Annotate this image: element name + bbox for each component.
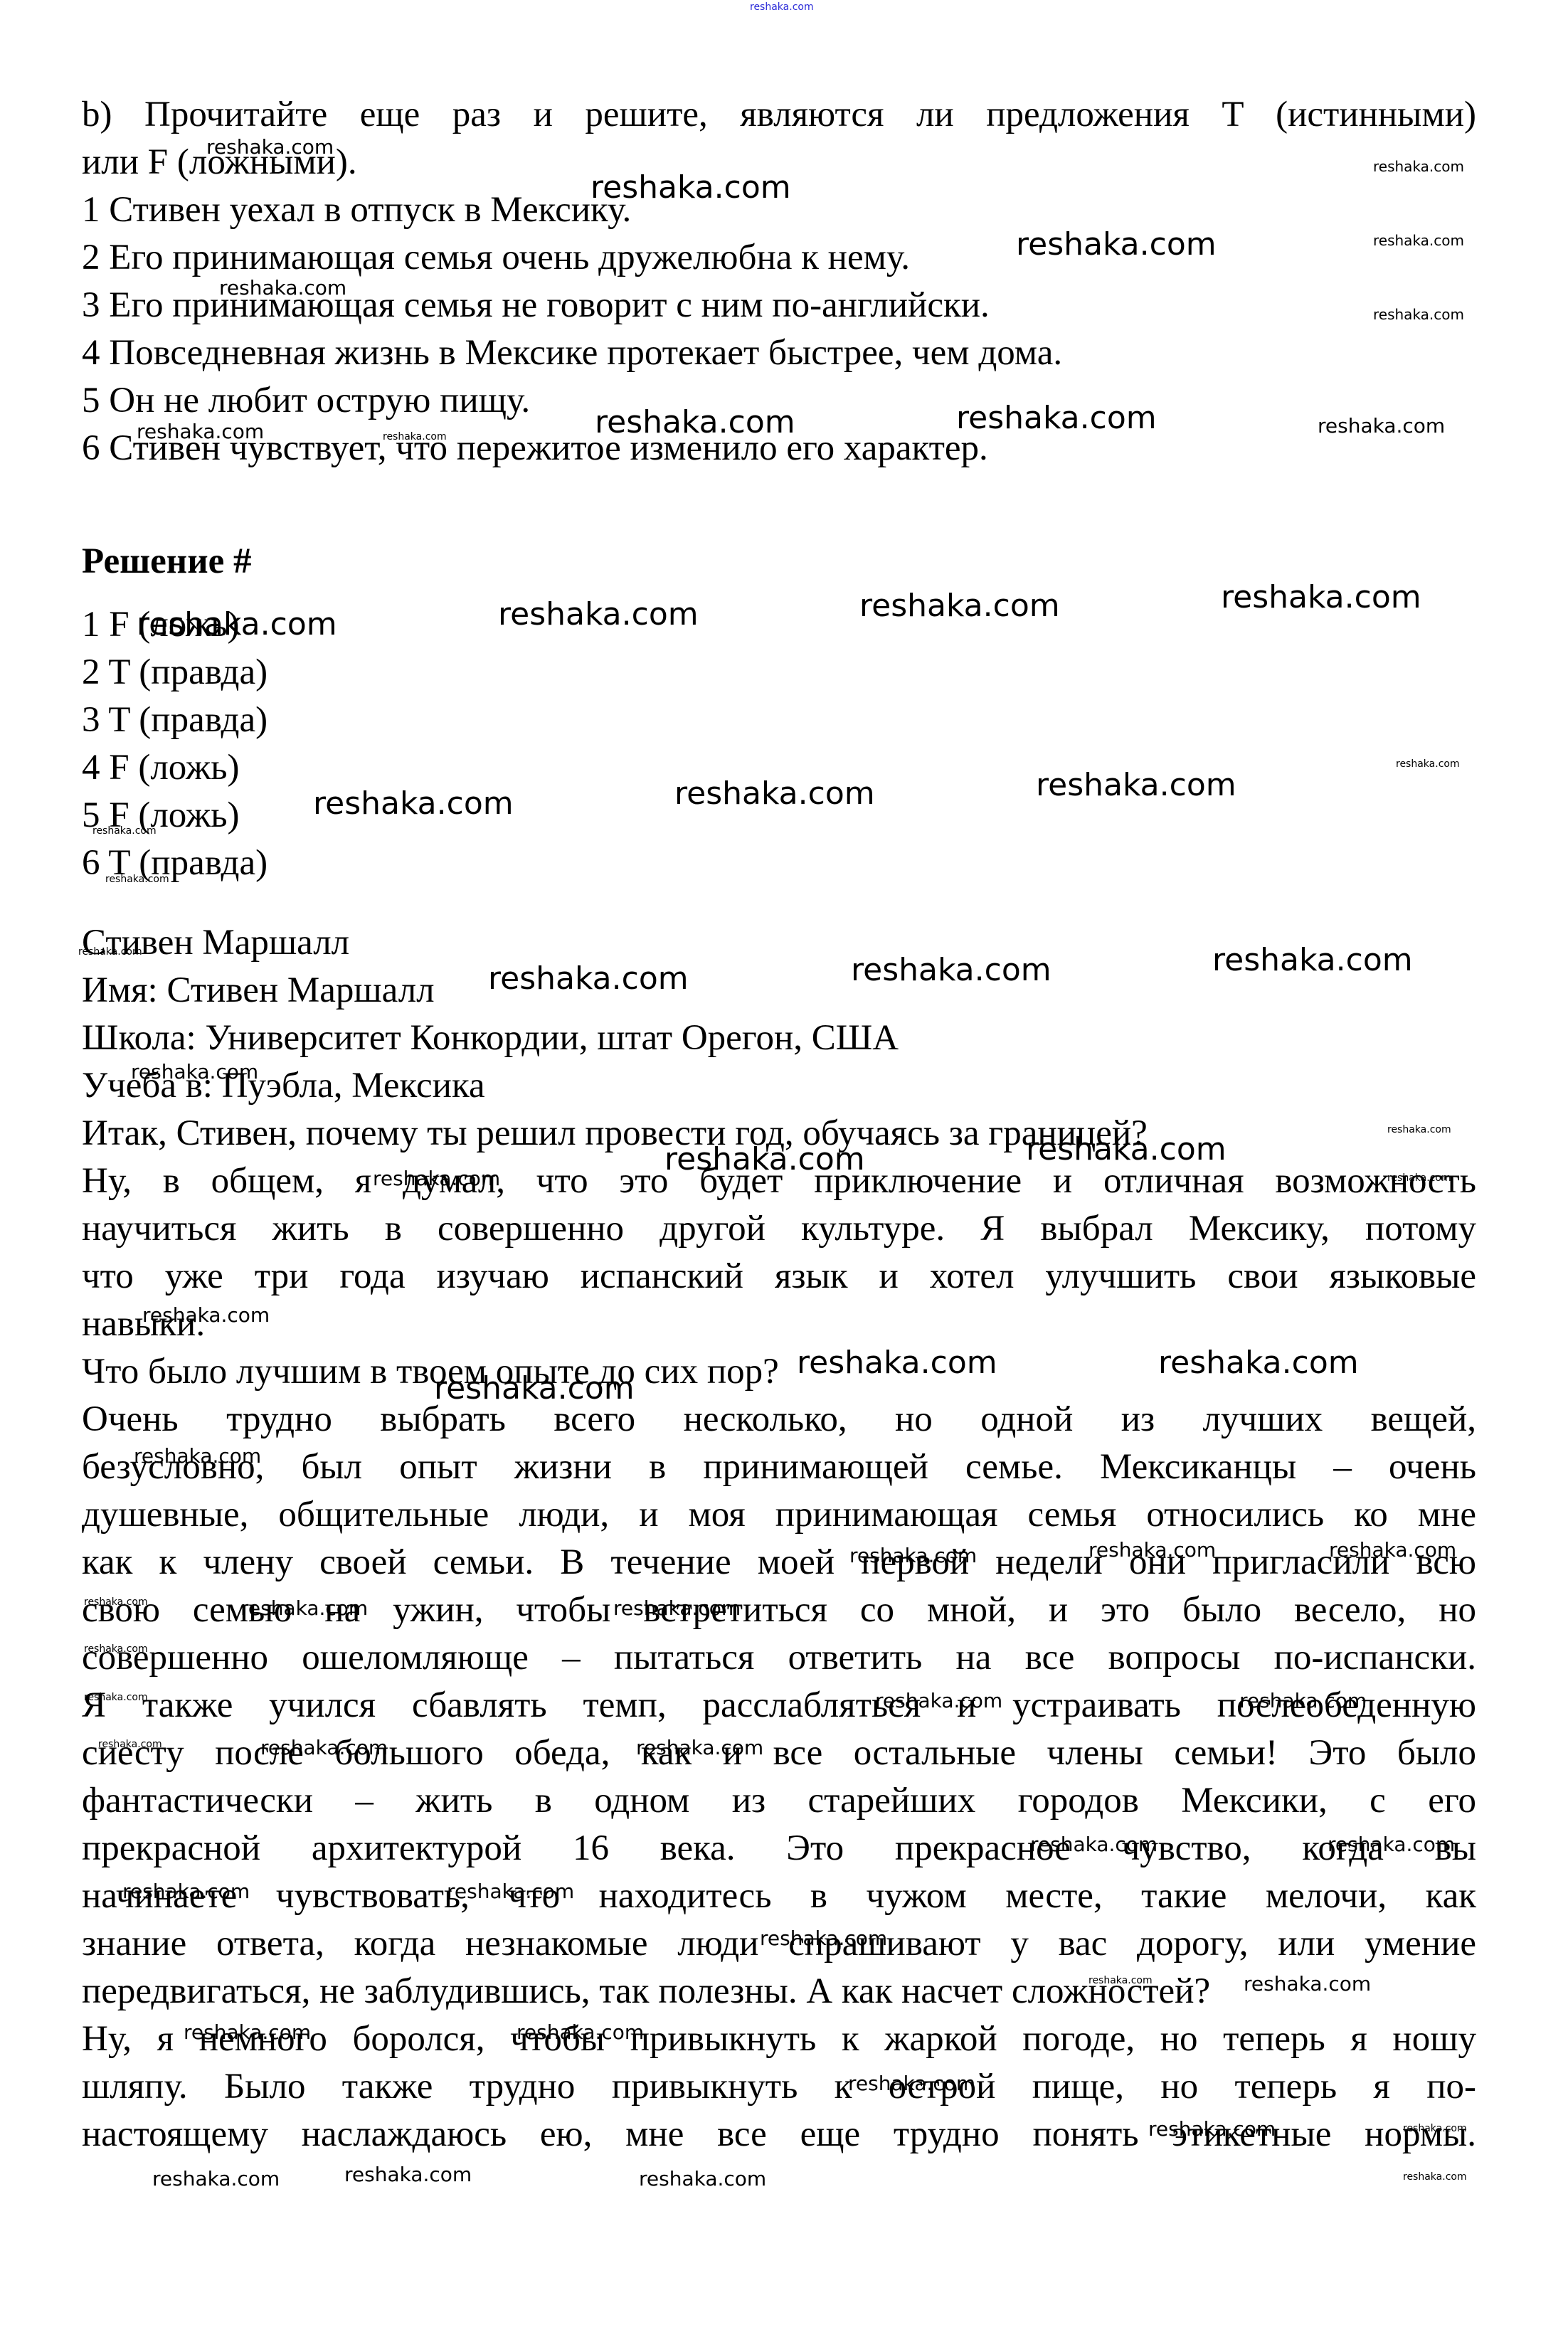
paragraph-line: прекрасной архитектурой 16 века. Это пре… [82,1825,1476,1872]
watermark: reshaka.com [134,1444,261,1468]
profile-school: Школа: Университет Конкордии, штат Орего… [82,1014,1476,1062]
paragraph-line: как к члену своей семьи. В течение моей … [82,1539,1476,1586]
watermark: reshaka.com [613,1596,741,1620]
watermark: reshaka.com [664,1141,865,1177]
task-instruction: b) Прочитайте еще раз и решите, являются… [82,91,1476,139]
watermark: reshaka.com [848,2072,975,2095]
watermark: reshaka.com [152,2167,280,2190]
site-link[interactable]: reshaka.com [750,1,814,13]
watermark: reshaka.com [595,404,795,440]
paragraph-line: Очень трудно выбрать всего несколько, но… [82,1396,1476,1443]
watermark: reshaka.com [373,1167,500,1190]
watermark: reshaka.com [1036,767,1236,803]
watermark: reshaka.com [1387,1124,1451,1135]
watermark: reshaka.com [383,431,447,443]
watermark: reshaka.com [1016,226,1217,263]
watermark: reshaka.com [636,1736,763,1759]
watermark: reshaka.com [1239,1689,1367,1712]
watermark: reshaka.com [137,420,264,443]
watermark: reshaka.com [797,1345,997,1381]
watermark: reshaka.com [760,1927,887,1950]
watermark: reshaka.com [105,874,169,885]
watermark: reshaka.com [260,1736,388,1759]
watermark: reshaka.com [92,825,157,837]
document-page: b) Прочитайте еще раз и решите, являются… [82,91,1476,2158]
solution-heading: Решение # [82,538,1476,585]
watermark: reshaka.com [1373,232,1464,249]
watermark: reshaka.com [122,1880,250,1903]
watermark: reshaka.com [84,1596,148,1608]
watermark: reshaka.com [1244,1972,1371,1996]
paragraph-line: начинаете чувствовать, что находитесь в … [82,1872,1476,1920]
watermark: reshaka.com [344,2163,472,2186]
watermark: reshaka.com [488,960,689,997]
watermark: reshaka.com [1387,1172,1451,1184]
paragraph-line: навыки. [82,1300,1476,1348]
paragraph-line: научиться жить в совершенно другой культ… [82,1205,1476,1253]
watermark: reshaka.com [1030,1833,1158,1856]
watermark: reshaka.com [1148,2117,1276,2141]
watermark: reshaka.com [142,1303,270,1327]
watermark: reshaka.com [1318,414,1445,438]
watermark: reshaka.com [131,1060,258,1083]
watermark: reshaka.com [313,785,514,822]
watermark: reshaka.com [78,946,142,958]
paragraph-line: что уже три года изучаю испанский язык и… [82,1253,1476,1300]
watermark: reshaka.com [859,588,1060,624]
watermark: reshaka.com [84,1643,148,1655]
answer: 3 T (правда) [82,696,1476,744]
watermark: reshaka.com [1088,1975,1153,1986]
watermark: reshaka.com [1328,1833,1455,1856]
watermark: reshaka.com [639,2167,766,2190]
watermark: reshaka.com [1158,1345,1359,1381]
answer: 6 T (правда) [82,839,1476,887]
watermark: reshaka.com [875,1689,1002,1712]
watermark: reshaka.com [1403,2171,1467,2183]
watermark: reshaka.com [849,1544,977,1567]
watermark: reshaka.com [1373,306,1464,323]
watermark: reshaka.com [219,276,346,300]
watermark: reshaka.com [184,2020,311,2044]
statement: 4 Повседневная жизнь в Мексике протекает… [82,329,1476,377]
watermark: reshaka.com [956,400,1157,436]
watermark: reshaka.com [1026,1131,1227,1167]
watermark: reshaka.com [1221,579,1421,615]
watermark: reshaka.com [674,775,875,812]
watermark: reshaka.com [434,1370,635,1406]
statement: 2 Его принимающая семья очень дружелюбна… [82,234,1476,282]
watermark: reshaka.com [1212,942,1413,978]
watermark: reshaka.com [84,1692,148,1703]
profile-study-location: Учеба в: Пуэбла, Мексика [82,1062,1476,1110]
watermark: reshaka.com [1403,2123,1467,2134]
paragraph-line: фантастически – жить в одном из старейши… [82,1777,1476,1825]
paragraph-line: душевные, общительные люди, и моя приним… [82,1491,1476,1539]
watermark: reshaka.com [517,2020,644,2044]
watermark: reshaka.com [240,1596,368,1620]
watermark: reshaka.com [98,1739,162,1750]
watermark: reshaka.com [137,606,337,642]
watermark: reshaka.com [590,169,791,206]
paragraph-line: шляпу. Было также трудно привыкнуть к ос… [82,2063,1476,2111]
watermark: reshaka.com [498,596,699,632]
answer: 2 T (правда) [82,649,1476,696]
paragraph-line: безусловно, был опыт жизни в принимающей… [82,1443,1476,1491]
watermark: reshaka.com [1396,758,1460,770]
watermark: reshaka.com [447,1880,574,1903]
paragraph-line: совершенно ошеломляюще – пытаться ответи… [82,1634,1476,1682]
watermark: reshaka.com [1329,1538,1456,1562]
watermark: reshaka.com [851,952,1051,988]
watermark: reshaka.com [1088,1538,1216,1562]
watermark: reshaka.com [206,135,334,159]
watermark: reshaka.com [1373,158,1464,175]
